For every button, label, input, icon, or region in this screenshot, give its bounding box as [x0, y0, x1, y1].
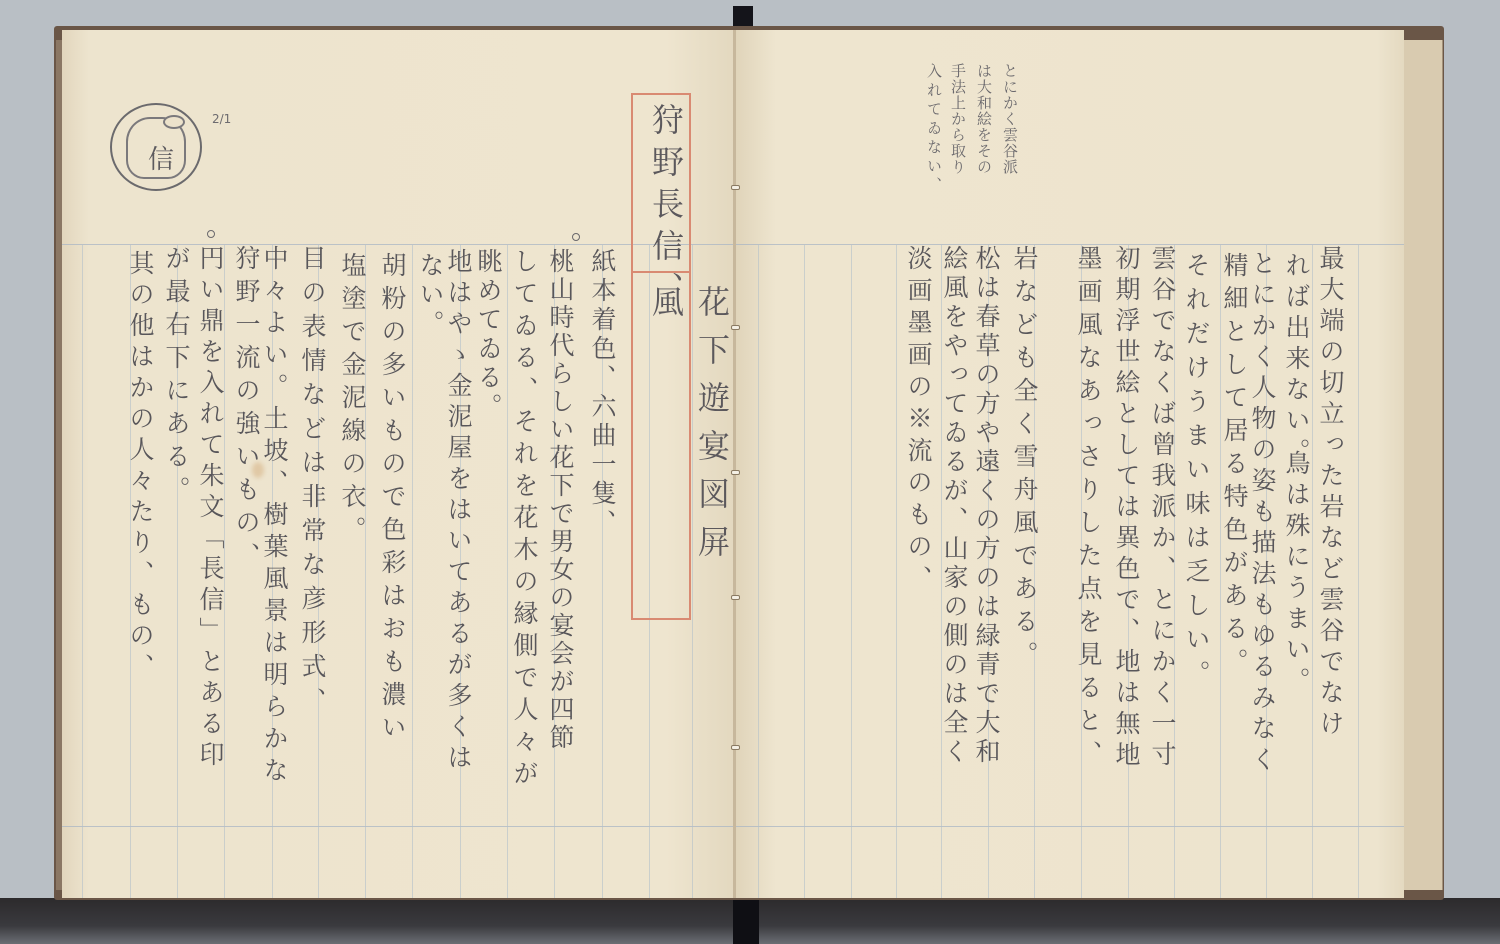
footer-rule	[736, 826, 1404, 827]
text-column: 岩なども全く雪舟風である。	[1012, 245, 1037, 674]
artist-name: 狩野長信、	[643, 103, 689, 313]
title-box: 狩野長信、 花下遊宴図屏風	[631, 93, 691, 620]
binding-strap-top	[733, 6, 753, 26]
text-column: 其の他はかの人々たり、もの、	[128, 250, 153, 684]
text-column: 胡粉の多いもので色彩はおも濃い	[380, 252, 405, 747]
text-column: 絵風をやってゐるが、山家の側のは全く	[942, 245, 967, 767]
paper-stain	[252, 462, 264, 478]
text-column: 淡画墨画の※流のもの、	[906, 245, 931, 597]
paragraph-bullet	[572, 233, 580, 241]
text-column: 初期浮世絵としては異色で、地は無地	[1114, 245, 1139, 772]
text-column: 中々よい。土坡、樹葉風景は明らかな	[262, 245, 287, 789]
margin-note-line: 入れてゐない、	[926, 63, 941, 196]
work-title: 花下遊宴図屏風	[643, 285, 735, 618]
footer-rule	[62, 826, 734, 827]
text-column: ない。	[418, 252, 443, 339]
text-column: 円い鼎を入れて朱文「長信」とある印	[198, 245, 223, 772]
text-column: 目の表情などは非常な彦形式、	[300, 245, 325, 721]
text-column: 最大端の切立った岩など雲谷でなけ	[1318, 245, 1343, 741]
text-column: 狩野一流の強いもの、	[234, 245, 259, 575]
seal-glyph: 信	[148, 139, 172, 176]
paragraph-bullet	[207, 230, 215, 238]
header-rule	[736, 244, 1404, 245]
stitch	[731, 745, 740, 750]
text-column: 眺めてゐる。	[476, 248, 501, 422]
margin-note-line: 手法上から取り	[950, 63, 965, 175]
text-column: 桃山時代らしい花下で男女の宴会が四節	[548, 248, 573, 752]
text-column: とにかく人物の姿も描法もゆるみなく	[1250, 250, 1275, 777]
seal-sketch: 信	[110, 103, 202, 191]
text-column: れば出来ない。	[1284, 252, 1309, 469]
text-column: 雲谷でなくば曾我派か、とにかく一寸	[1150, 245, 1175, 772]
text-column: 松は春草の方や遠くの方のは緑青で大和	[974, 245, 999, 767]
text-column: 鳥は殊にうまい。	[1284, 450, 1309, 698]
text-column: 精細として居る特色がある。	[1222, 252, 1247, 681]
text-column: 地はやゝ金泥屋をはいてあるが多くは	[446, 248, 471, 775]
text-column: 紙本着色、六曲一隻、	[590, 248, 615, 538]
text-column: してゐる、それを花木の縁側で人々が	[512, 248, 537, 792]
stitch	[731, 185, 740, 190]
binding-strap-bottom	[733, 898, 759, 944]
text-column: が最右下にある。	[164, 245, 189, 509]
margin-note-line: とにかく雲谷派	[1002, 63, 1017, 175]
margin-note-line: は大和絵をその	[976, 63, 991, 175]
text-column: 墨画風なあっさりした点を見ると、	[1076, 245, 1101, 773]
page-note: 2/1	[212, 113, 222, 125]
page-edges-right	[1398, 40, 1443, 890]
background-wall	[1440, 0, 1500, 944]
text-column: 塩塗で金泥線の衣。	[340, 252, 365, 549]
text-column: それだけうまい味は乏しい。	[1184, 252, 1209, 694]
